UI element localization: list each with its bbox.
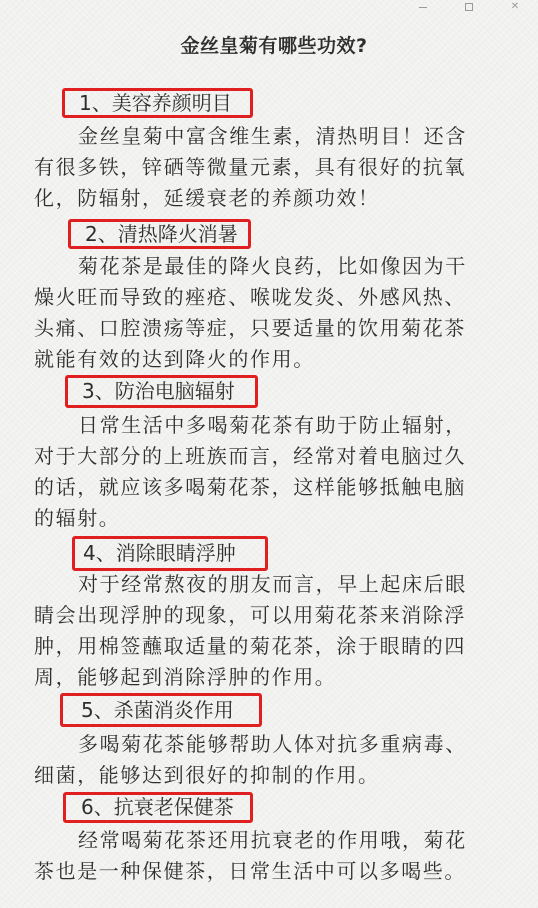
section-body-1: 金丝皇菊中富含维生素，清热明目！还含有很多铁，锌硒等微量元素，具有很好的抗氧化，…	[34, 121, 478, 214]
maximize-icon[interactable]	[446, 0, 492, 14]
section-body-2: 菊花茶是最佳的降火良药，比如像因为干燥火旺而导致的痤疮、喉咙发炎、外感风热、头痛…	[34, 251, 478, 375]
section-heading-1: 1、美容养颜明目	[62, 88, 253, 118]
section-heading-5: 5、杀菌消炎作用	[60, 693, 262, 727]
minimize-icon[interactable]	[400, 0, 446, 14]
section-heading-3: 3、防治电脑辐射	[65, 375, 258, 408]
window-controls: ✕	[400, 0, 538, 14]
article-title: 金丝皇菊有哪些功效?	[0, 31, 538, 58]
section-body-6: 经常喝菊花茶还用抗衰老的作用哦，菊花茶也是一种保健茶，日常生活中可以多喝些。	[34, 825, 478, 887]
section-heading-6: 6、抗衰老保健茶	[63, 792, 253, 823]
section-heading-2: 2、清热降火消暑	[68, 219, 251, 249]
close-icon[interactable]: ✕	[492, 0, 538, 14]
section-body-4: 对于经常熬夜的朋友而言，早上起床后眼睛会出现浮肿的现象，可以用菊花茶来消除浮肿，…	[34, 569, 478, 693]
section-heading-4: 4、消除眼睛浮肿	[72, 536, 268, 571]
section-body-5: 多喝菊花茶能够帮助人体对抗多重病毒、细菌，能够达到很好的抑制的作用。	[34, 729, 478, 791]
section-body-3: 日常生活中多喝菊花茶有助于防止辐射，对于大部分的上班族而言，经常对着电脑过久的话…	[34, 410, 478, 534]
